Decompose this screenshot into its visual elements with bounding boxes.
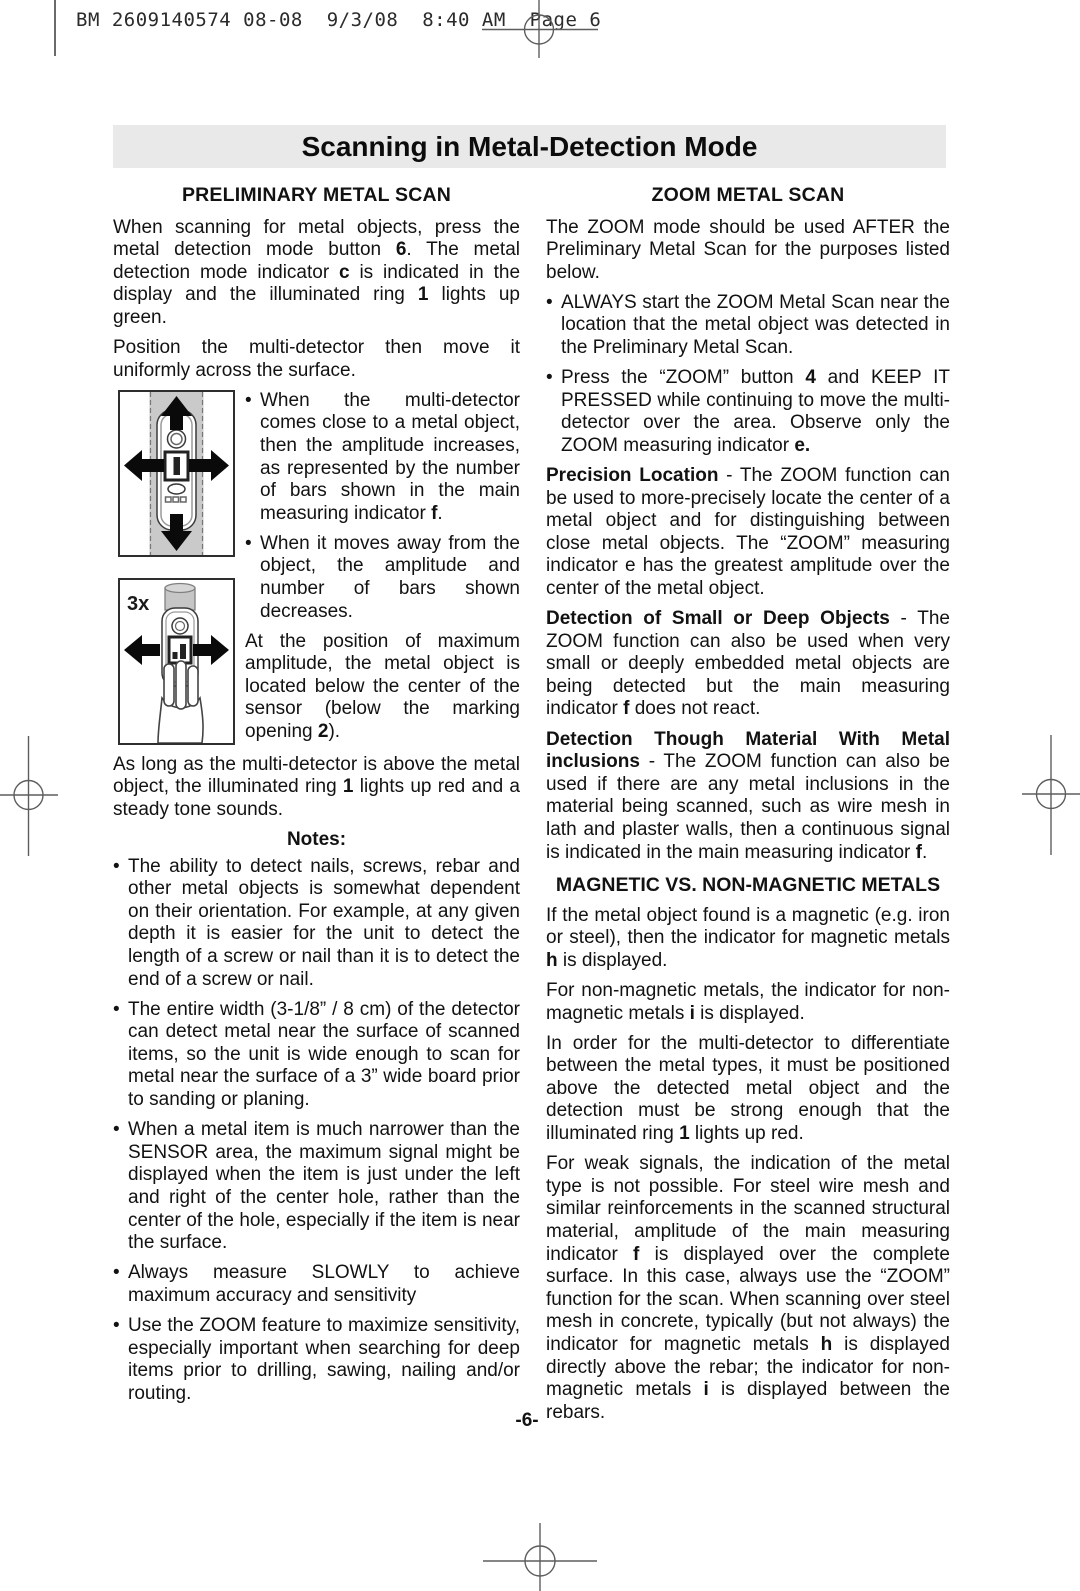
right-column: ZOOM METAL SCAN The ZOOM mode should be … — [546, 180, 950, 1432]
registration-mark-icon — [478, 0, 602, 62]
paragraph-small-or-deep-objects: Detection of Small or Deep Objects - The… — [546, 608, 950, 721]
list-item-text: The ability to detect nails, screws, reb… — [128, 856, 520, 990]
left-column: PRELIMINARY METAL SCAN When scanning for… — [113, 180, 520, 1413]
registration-mark-icon — [0, 736, 62, 856]
list-item-text: Use the ZOOM feature to maximize sensiti… — [128, 1315, 520, 1404]
bullet-icon: • — [113, 856, 120, 879]
paragraph: If the metal object found is a magnetic … — [546, 905, 950, 973]
list-item: • When the multi-detector comes close to… — [245, 390, 520, 526]
signal-bar-short — [173, 652, 178, 659]
bullet-icon: • — [245, 390, 252, 413]
list-item-text: Always measure SLOWLY to achieve maximum… — [128, 1262, 520, 1306]
paragraph-precision-location: Precision Location - The ZOOM function c… — [546, 465, 950, 601]
list-item-text: ALWAYS start the ZOOM Metal Scan near th… — [561, 292, 950, 358]
crop-corner-line — [54, 0, 56, 56]
list-item: • When it moves away from the object, th… — [245, 533, 520, 623]
bullet-icon: • — [113, 1119, 120, 1142]
left-arrow-icon — [124, 635, 160, 665]
button — [168, 484, 185, 494]
notes-heading: Notes: — [113, 829, 520, 852]
bullet-icon: • — [113, 1315, 120, 1338]
registration-mark-icon — [478, 1498, 602, 1591]
paragraph: For weak signals, the indication of the … — [546, 1153, 950, 1424]
figure-scan-directions — [118, 390, 235, 557]
section-heading-preliminary-metal-scan: PRELIMINARY METAL SCAN — [113, 184, 520, 207]
figure-hand-scan-3x: 3x — [118, 578, 235, 745]
list-item: • The ability to detect nails, screws, r… — [113, 856, 520, 992]
list-item: • ALWAYS start the ZOOM Metal Scan near … — [546, 292, 950, 360]
paragraph-metal-inclusions: Detection Though Material With Metal inc… — [546, 729, 950, 865]
paragraph: As long as the multi-detector is above t… — [113, 754, 520, 822]
hand-scan-illustration: 3x — [120, 580, 233, 743]
bullet-icon: • — [113, 1262, 120, 1285]
paragraph: At the position of maximum amplitude, th… — [245, 631, 520, 744]
list-item: • When a metal item is much narrower tha… — [113, 1119, 520, 1255]
paragraph: Position the multi-detector then move it… — [113, 337, 520, 382]
scan-directions-illustration — [120, 392, 233, 555]
signal-bar-tall — [180, 644, 186, 659]
paragraph: The ZOOM mode should be used AFTER the P… — [546, 217, 950, 285]
list-item: • The entire width (3-1/8” / 8 cm) of th… — [113, 999, 520, 1112]
signal-bar — [174, 457, 181, 475]
registration-mark-icon — [1018, 735, 1080, 855]
bullet-icon: • — [546, 292, 553, 315]
bullet-icon: • — [245, 533, 252, 556]
list-item-text: When it moves away from the object, the … — [260, 533, 520, 622]
list-item-text: The entire width (3-1/8” / 8 cm) of the … — [128, 999, 520, 1110]
manual-page: { "colors": { "title_bar_bg": "#e9e9e9",… — [0, 0, 1080, 1591]
section-heading-magnetic-vs-non-magnetic: MAGNETIC VS. NON-MAGNETIC METALS — [546, 874, 950, 897]
list-item-text: Press the “ZOOM” button 4 and KEEP IT PR… — [561, 367, 950, 456]
list-item: • Use the ZOOM feature to maximize sensi… — [113, 1315, 520, 1405]
figure-area: 3x — [113, 390, 520, 748]
list-item-text: When a metal item is much narrower than … — [128, 1119, 520, 1253]
bullet-icon: • — [546, 367, 553, 390]
list-item: • Press the “ZOOM” button 4 and KEEP IT … — [546, 367, 950, 457]
section-heading-zoom-metal-scan: ZOOM METAL SCAN — [546, 184, 950, 207]
paragraph: When scanning for metal objects, press t… — [113, 217, 520, 330]
paragraph: For non-magnetic metals, the indicator f… — [546, 980, 950, 1025]
multiplier-label: 3x — [127, 593, 149, 615]
bullet-icon: • — [113, 999, 120, 1022]
page-title: Scanning in Metal-Detection Mode — [113, 125, 946, 168]
page-number: -6- — [477, 1410, 577, 1432]
list-item-text: When the multi-detector comes close to a… — [260, 390, 520, 524]
paragraph: In order for the multi-detector to diffe… — [546, 1033, 950, 1146]
hand-icon — [158, 661, 203, 743]
list-item: • Always measure SLOWLY to achieve maxim… — [113, 1262, 520, 1307]
figure-side-text: • When the multi-detector comes close to… — [245, 390, 520, 744]
